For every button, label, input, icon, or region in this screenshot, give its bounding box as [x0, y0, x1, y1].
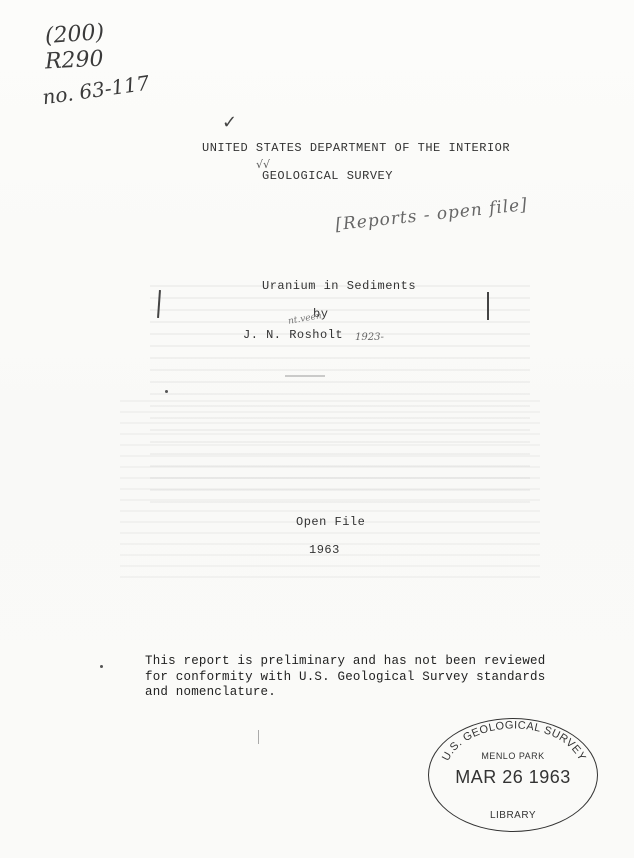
- handwritten-note: R290: [44, 46, 104, 74]
- notice-line: for conformity with U.S. Geological Surv…: [145, 670, 545, 684]
- open-file-label: Open File: [296, 515, 365, 529]
- document-page: (200) R290 no. 63-117 ✓ UNITED STATES DE…: [0, 0, 634, 858]
- handwritten-author-years: 1923-: [355, 332, 384, 343]
- handwritten-note: (200): [44, 20, 105, 49]
- survey-heading: GEOLOGICAL SURVEY: [262, 169, 393, 183]
- speck: [165, 390, 168, 393]
- pencil-mark: [285, 375, 325, 377]
- handwritten-note: no. 63-117: [41, 71, 151, 110]
- release-year: 1963: [309, 543, 340, 557]
- preliminary-notice: This report is preliminary and has not b…: [145, 654, 545, 701]
- department-heading: UNITED STATES DEPARTMENT OF THE INTERIOR: [202, 141, 510, 155]
- margin-mark: [487, 292, 489, 320]
- library-stamp: U.S. GEOLOGICAL SURVEY MENLO PARK MAR 26…: [428, 718, 598, 832]
- handwritten-report-annotation: [Reports - open file]: [334, 195, 528, 235]
- stamp-library: LIBRARY: [429, 810, 597, 821]
- stamp-date: MAR 26 1963: [429, 767, 597, 788]
- notice-line: and nomenclature.: [145, 685, 276, 699]
- stamp-location: MENLO PARK: [429, 751, 597, 761]
- notice-line: This report is preliminary and has not b…: [145, 654, 545, 668]
- author-name: J. N. Rosholt: [243, 328, 343, 342]
- speck: [100, 665, 103, 668]
- document-title: Uranium in Sediments: [262, 279, 416, 293]
- check-mark-icon: ✓: [222, 112, 237, 133]
- pencil-mark: [258, 730, 259, 744]
